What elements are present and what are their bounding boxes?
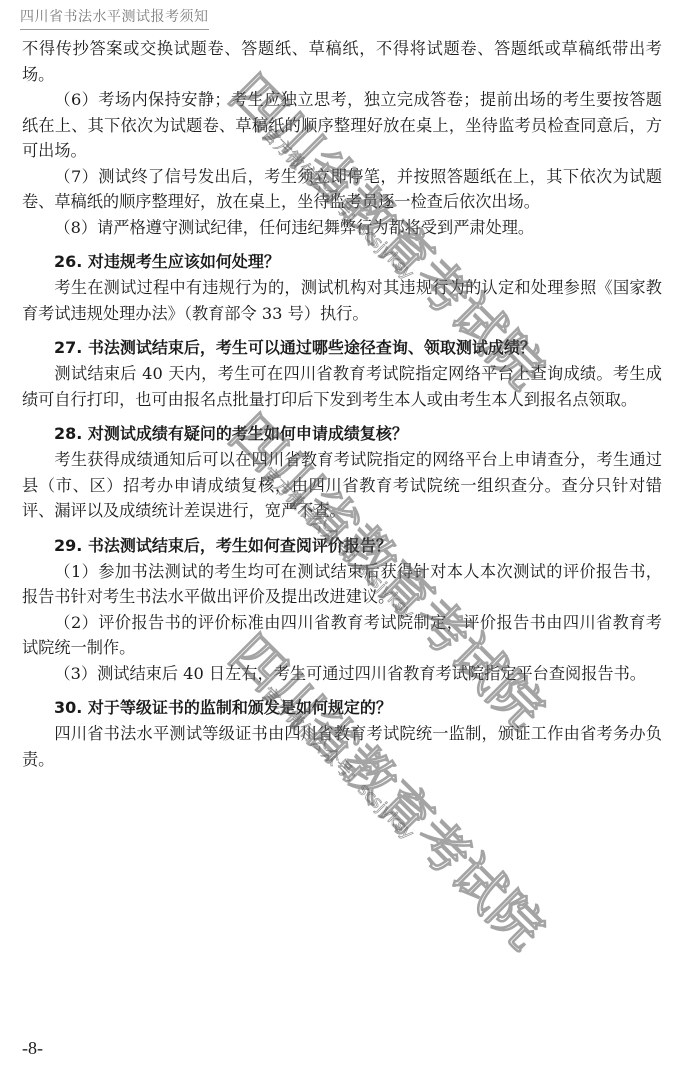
- section-29: 29. 书法测试结束后，考生如何查阅评价报告？ （1）参加书法测试的考生均可在测…: [22, 532, 662, 687]
- section-26: 26. 对违规考生应该如何处理？ 考生在测试过程中有违规行为的，测试机构对其违规…: [22, 248, 662, 326]
- question-heading: 29. 书法测试结束后，考生如何查阅评价报告？: [22, 532, 662, 559]
- rule-8: （8）请严格遵守测试纪律，任何违纪舞弊行为都将受到严肃处理。: [22, 215, 662, 241]
- answer-paragraph: （2）评价报告书的评价标准由四川省教育考试院制定，评价报告书由四川省教育考试院统…: [22, 610, 662, 661]
- running-header: 四川省书法水平测试报考须知: [20, 6, 209, 30]
- question-heading: 30. 对于等级证书的监制和颁发是如何规定的？: [22, 694, 662, 721]
- question-heading: 28. 对测试成绩有疑问的考生如何申请成绩复核？: [22, 420, 662, 447]
- answer-paragraph: （1）参加书法测试的考生均可在测试结束后获得针对本人本次测试的评价报告书，报告书…: [22, 559, 662, 610]
- answer-paragraph: （3）测试结束后 40 日左右，考生可通过四川省教育考试院指定平台查阅报告书。: [22, 661, 662, 687]
- continuation-paragraph: 不得传抄答案或交换试题卷、答题纸、草稿纸，不得将试题卷、答题纸或草稿纸带出考场。: [22, 36, 662, 87]
- document-body: 不得传抄答案或交换试题卷、答题纸、草稿纸，不得将试题卷、答题纸或草稿纸带出考场。…: [22, 36, 662, 772]
- question-heading: 27. 书法测试结束后，考生可以通过哪些途径查询、领取测试成绩？: [22, 334, 662, 361]
- answer-paragraph: 考生在测试过程中有违规行为的，测试机构对其违规行为的认定和处理参照《国家教育考试…: [22, 275, 662, 326]
- rule-7: （7）测试终了信号发出后，考生须立即停笔，并按照答题纸在上，其下依次为试题卷、草…: [22, 164, 662, 215]
- section-27: 27. 书法测试结束后，考生可以通过哪些途径查询、领取测试成绩？ 测试结束后 4…: [22, 334, 662, 412]
- answer-paragraph: 考生获得成绩通知后可以在四川省教育考试院指定的网络平台上申请查分，考生通过县（市…: [22, 447, 662, 524]
- answer-paragraph: 测试结束后 40 天内，考生可在四川省教育考试院指定网络平台上查询成绩。考生成绩…: [22, 361, 662, 412]
- page-number: -8-: [22, 1038, 43, 1059]
- question-heading: 26. 对违规考生应该如何处理？: [22, 248, 662, 275]
- section-30: 30. 对于等级证书的监制和颁发是如何规定的？ 四川省书法水平测试等级证书由四川…: [22, 694, 662, 772]
- answer-paragraph: 四川省书法水平测试等级证书由四川省教育考试院统一监制，颁证工作由省考务办负责。: [22, 721, 662, 772]
- section-28: 28. 对测试成绩有疑问的考生如何申请成绩复核？ 考生获得成绩通知后可以在四川省…: [22, 420, 662, 524]
- rule-6: （6）考场内保持安静；考生应独立思考，独立完成答卷；提前出场的考生要按答题纸在上…: [22, 87, 662, 164]
